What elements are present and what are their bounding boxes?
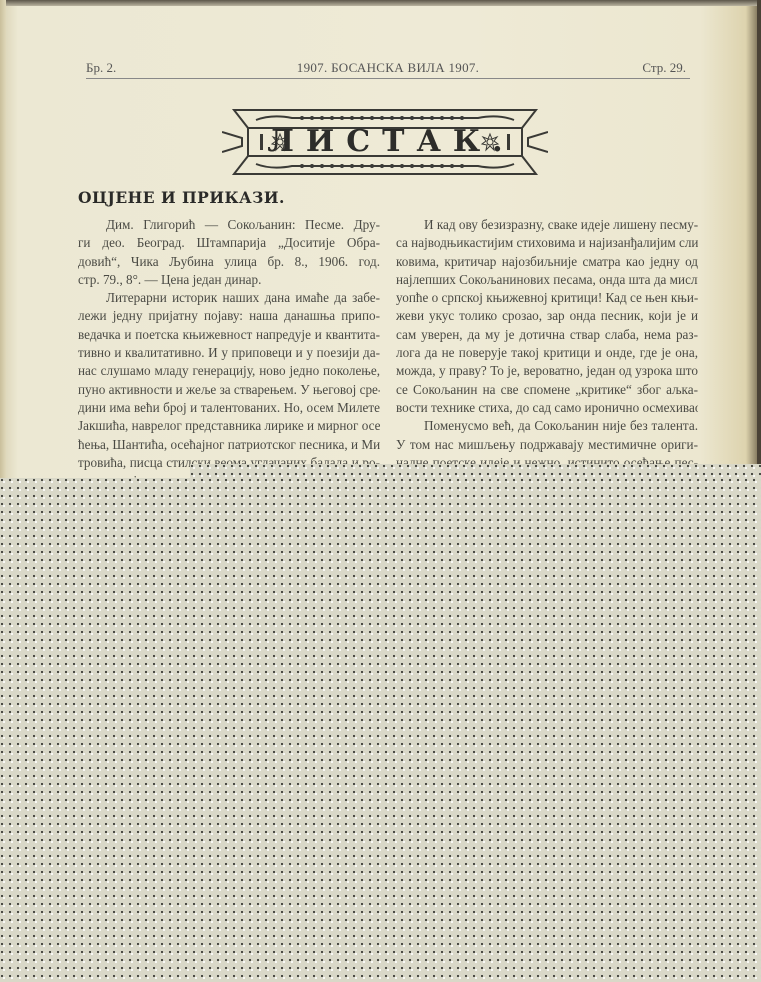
- body-line: сам уверен, да му је дотична ствар слаба…: [396, 326, 698, 344]
- body-line: ковима, критичар најозбиљније сматра као…: [396, 253, 698, 271]
- body-line: ведачка и поетска књижевност напредује и…: [78, 326, 380, 344]
- body-line: жеви укус толико срозао, зар онда песник…: [396, 307, 698, 325]
- body-line: И кад ову безизразну, сваке идеје лишену…: [396, 216, 698, 234]
- section-heading: ОЦЈЕНЕ И ПРИКАЗИ.: [78, 186, 380, 210]
- body-line: се Сокољанин на све спомене „критике“ зб…: [396, 381, 698, 399]
- body-line: уопће о српској књижевној критици! Кад с…: [396, 289, 698, 307]
- body-line: пуно активности и жеље за стварењем. У њ…: [78, 381, 380, 399]
- body-line: У том нас мишљењу подржавају местимичне …: [396, 436, 698, 454]
- redaction-mask-lower: [0, 478, 761, 982]
- body-line: лежи једну пријатну појаву: наша данашња…: [78, 307, 380, 325]
- body-line: Јакшића, наврелог представника лирике и …: [78, 417, 380, 435]
- body-line: лога да не поверује такој критици и онде…: [396, 344, 698, 362]
- section-ornament-banner: ЛИСТАК.: [222, 106, 548, 178]
- journal-title: 1907. БОСАНСКА ВИЛА 1907.: [86, 60, 690, 76]
- body-line: нас слушамо младу генерацију, ново једно…: [78, 362, 380, 380]
- citation-line: довић“, Чика Љубина улица бр. 8., 1906. …: [78, 253, 380, 271]
- body-line: Поменусмо већ, да Сокољанин није без тал…: [396, 417, 698, 435]
- citation-line: ги део. Београд. Штампарија „Доситије Об…: [78, 234, 380, 252]
- scan-top-edge: [0, 0, 761, 6]
- body-line: дини има већи број и талентованих. Но, о…: [78, 399, 380, 417]
- body-line: тивно и квалитативно. И у приповеци и у …: [78, 344, 380, 362]
- body-line: можда, у праву? То је, вероватно, један …: [396, 362, 698, 380]
- body-line: ћења, Шантића, осећајног патриотског пес…: [78, 436, 380, 454]
- body-line: вости технике стиха, до сад само ироничн…: [396, 399, 698, 417]
- scanned-page: Бр. 2. 1907. БОСАНСКА ВИЛА 1907. Стр. 29…: [0, 0, 761, 982]
- redaction-mask-upper: [190, 464, 761, 478]
- body-line: Литерарни историк наших дана имаће да за…: [78, 289, 380, 307]
- feuilleton-title: ЛИСТАК.: [222, 124, 548, 159]
- body-line: најлепших Сокољанинових песама, онда шта…: [396, 271, 698, 289]
- citation-line: стр. 79., 8°. — Цена један динар.: [78, 271, 380, 289]
- body-line: са најводњикастијим стиховима и најизанђ…: [396, 234, 698, 252]
- citation-line: Дим. Глигорић — Сокољанин: Песме. Дру-: [78, 216, 380, 234]
- page-number: Стр. 29.: [642, 60, 686, 76]
- running-head: Бр. 2. 1907. БОСАНСКА ВИЛА 1907. Стр. 29…: [86, 60, 690, 79]
